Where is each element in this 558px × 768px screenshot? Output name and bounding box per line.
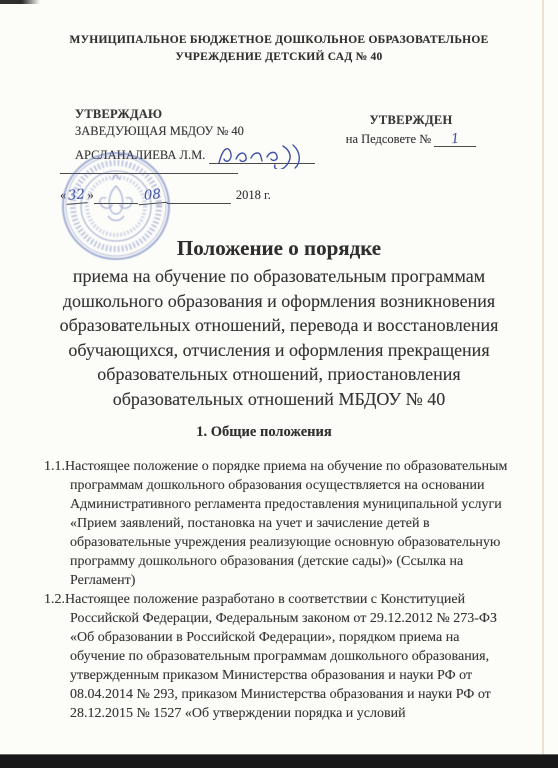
year-label: 2018 г. xyxy=(231,187,271,204)
handwritten-month: 08 xyxy=(137,188,167,205)
paragraph-text: Настоящее положение о порядке приема на … xyxy=(65,459,507,588)
approval-block-left: УТВЕРЖДАЮ ЗАВЕДУЮЩАЯ МБДОУ № 40 АРСЛАНАЛ… xyxy=(60,106,315,204)
date-rule-1 xyxy=(94,187,138,204)
title-line: приема на обучение по образовательным пр… xyxy=(26,264,532,289)
document-title-block: Положение о порядке приема на обучение п… xyxy=(26,236,532,411)
title-line: образовательных отношений МБДОУ № 40 xyxy=(26,387,532,412)
scan-corner-artifact xyxy=(0,0,40,4)
name-signature-row: АРСЛАНАЛИЕВА Л.М. xyxy=(60,140,315,164)
date-row: «32»082018 г. xyxy=(60,188,313,204)
paragraph-1-1: 1.1.Настоящее положение о порядке приема… xyxy=(44,457,510,590)
head-name: АРСЛАНАЛИЕВА Л.М. xyxy=(75,147,205,164)
signature-line xyxy=(209,139,315,164)
date-rule-2 xyxy=(167,187,231,204)
title-line: обучающихся, отчисления и оформления пре… xyxy=(26,338,532,363)
council-row: на Педсовете № 1 xyxy=(336,131,486,148)
title-line: образовательных отношений, перевода и во… xyxy=(26,313,532,338)
scan-edge-line xyxy=(542,0,544,756)
handwritten-day: 32 xyxy=(66,188,88,205)
handwritten-council-number: 1 xyxy=(450,133,460,146)
org-name-line2: УЧРЕЖДЕНИЕ ДЕТСКИЙ САД № 40 xyxy=(40,49,518,66)
organization-header: МУНИЦИПАЛЬНОЕ БЮДЖЕТНОЕ ДОШКОЛЬНОЕ ОБРАЗ… xyxy=(40,32,518,65)
scan-bottom-band xyxy=(0,755,558,768)
org-name-line1: МУНИЦИПАЛЬНОЕ БЮДЖЕТНОЕ ДОШКОЛЬНОЕ ОБРАЗ… xyxy=(40,32,518,49)
paragraph-text: Настоящее положение разработано в соотве… xyxy=(65,592,497,721)
position-line: ЗАВЕДУЮЩАЯ МБДОУ № 40 xyxy=(60,123,315,140)
council-number-rule: 1 xyxy=(434,131,476,147)
blank-signature-rule xyxy=(60,173,238,174)
title-line: образовательных отношений, приостановлен… xyxy=(26,362,532,387)
signature-handwriting xyxy=(215,143,307,169)
title-line: дошкольного образования и оформления воз… xyxy=(26,289,532,314)
approve-word-left: УТВЕРЖДАЮ xyxy=(60,106,315,123)
document-body: 1.1.Настоящее положение о порядке приема… xyxy=(44,457,510,723)
approve-word-right: УТВЕРЖДЕН xyxy=(336,112,486,129)
section-1-heading: 1. Общие положения xyxy=(0,424,528,441)
paragraph-1-2: 1.2.Настоящее положение разработано в со… xyxy=(44,590,510,723)
document-page: МУНИЦИПАЛЬНОЕ БЮДЖЕТНОЕ ДОШКОЛЬНОЕ ОБРАЗ… xyxy=(0,0,558,768)
approval-block-right: УТВЕРЖДЕН на Педсовете № 1 xyxy=(336,112,486,148)
paragraph-number: 1.1. xyxy=(44,459,65,474)
paragraph-number: 1.2. xyxy=(44,592,65,607)
document-title: Положение о порядке xyxy=(26,236,532,261)
council-label: на Педсовете № xyxy=(346,132,431,146)
